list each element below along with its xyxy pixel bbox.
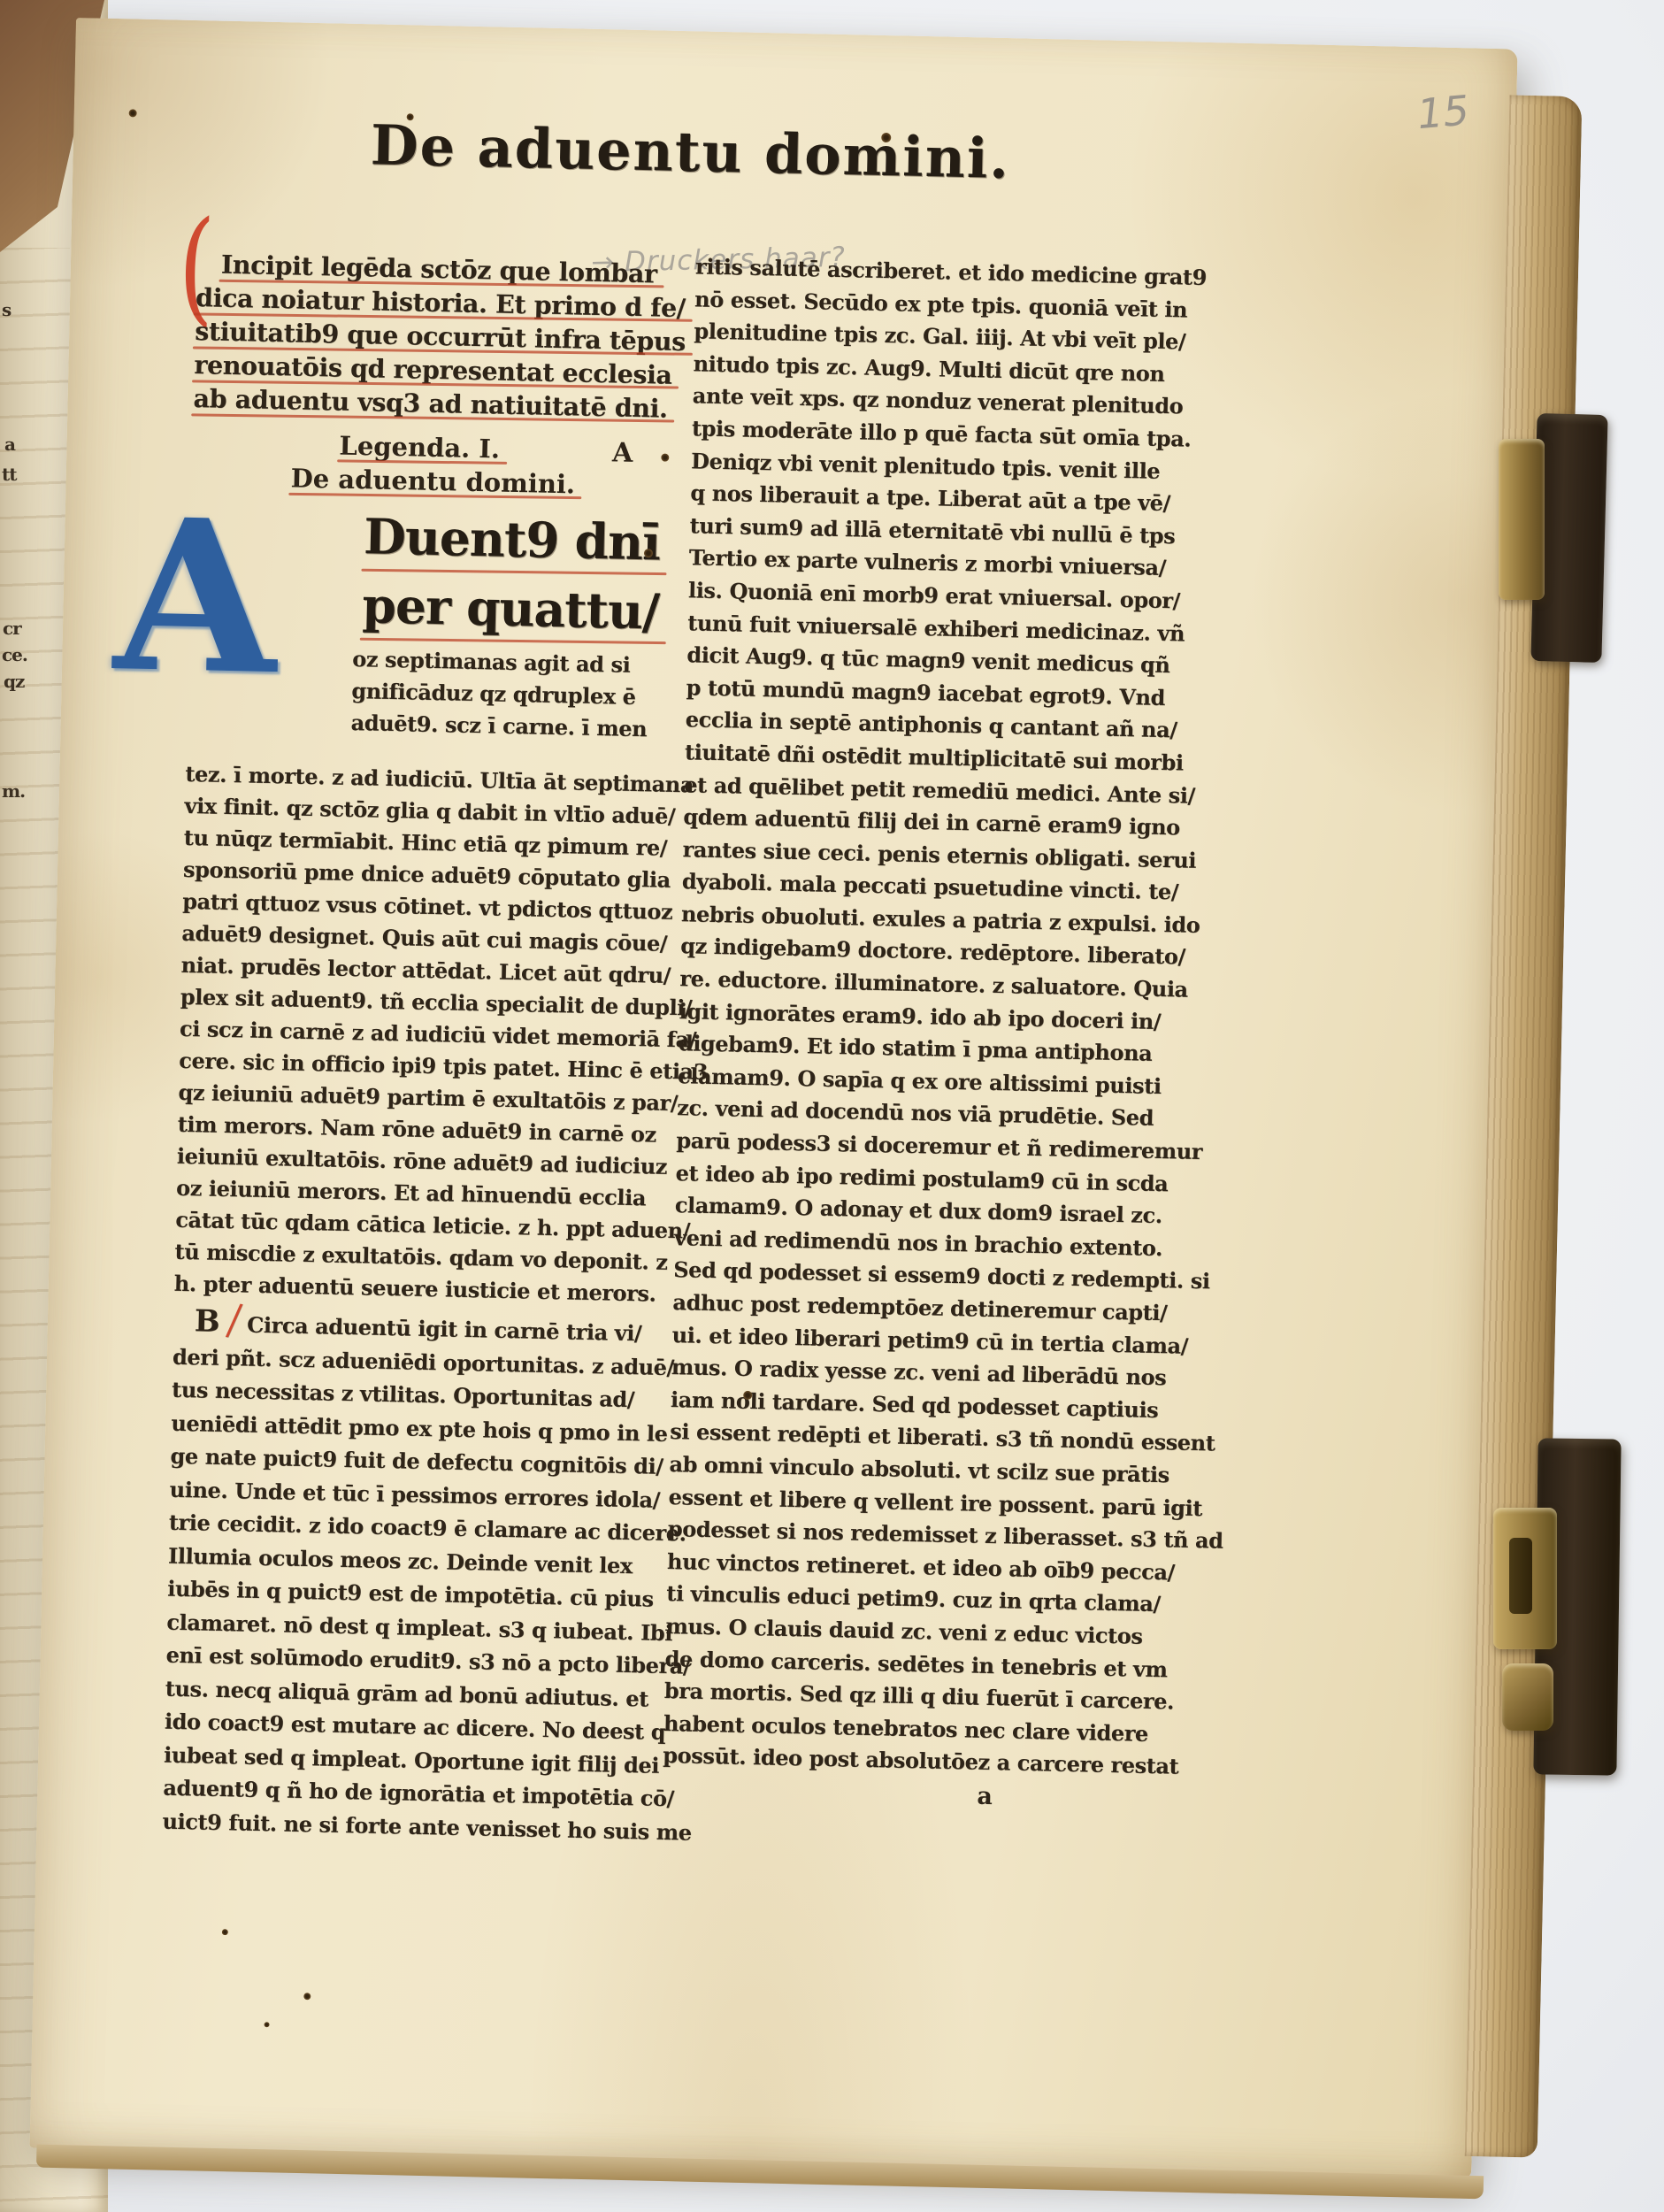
- brass-catch: [1499, 439, 1545, 600]
- illuminated-initial: A: [112, 484, 280, 709]
- photograph-of-incunabulum: sattcrce.qzm. 15 De aduentu domini. → Dr…: [0, 0, 1664, 2212]
- incipit-paragraph: ( Incipit legēda sctōz que lombardica no…: [193, 247, 658, 425]
- running-title: De aduentu domini.: [370, 112, 1011, 191]
- text-line: aduēt9. scz ī carne. ī men: [350, 707, 648, 745]
- stain-spot: [265, 2022, 270, 2027]
- brass-fitting: [1493, 1508, 1557, 1649]
- red-paraph-stroke: /: [226, 1301, 243, 1342]
- text-line: ce.: [2, 644, 27, 665]
- fore-edge: [1465, 95, 1583, 2157]
- clasp-slot: [1509, 1538, 1532, 1614]
- book-page: 15 De aduentu domini. → Druckers haar? (…: [29, 18, 1517, 2179]
- signature-mark: a: [977, 1783, 993, 1810]
- body-paragraph-2: B/Circa aduentū igit in carnē tria vi/ d…: [162, 1303, 635, 1847]
- incipit-lines: Incipit legēda sctōz que lombardica noia…: [193, 247, 658, 425]
- stain-spot: [303, 1993, 311, 2000]
- text-line: Duent9 dnī: [363, 502, 660, 577]
- body-paragraph-1: tez. ī morte. z ad iudiciū. Ultīa āt sep…: [173, 758, 647, 1310]
- clasp-top: [1499, 414, 1608, 665]
- text-line: a: [4, 434, 15, 455]
- wormhole: [661, 454, 669, 462]
- text-line: tt: [2, 464, 16, 485]
- text-line: m.: [2, 780, 25, 802]
- text-line: cr: [3, 618, 21, 639]
- clasp-bottom: [1493, 1439, 1621, 1778]
- text-line: per quattu/: [362, 571, 660, 646]
- paragraph-lines: deri pñt. scz adueniēdi oportunitas. z a…: [162, 1340, 634, 1847]
- page-bottom-edge: [36, 2145, 1484, 2200]
- folio-number: 15: [1415, 86, 1471, 138]
- wormhole: [129, 109, 137, 117]
- left-column: ( Incipit legēda sctōz que lombardica no…: [162, 247, 658, 1847]
- guide-letter: A: [612, 436, 633, 470]
- brass-knob: [1502, 1663, 1553, 1731]
- text-line: s: [2, 299, 11, 320]
- stain-spot: [222, 1929, 228, 1935]
- paragraph-lead-letter: B: [194, 1303, 219, 1340]
- chapter-title-text: De aduentu domini.: [290, 461, 575, 501]
- opening-section: A Duent9 dnīper quattu/ oz septimanas ag…: [186, 498, 653, 761]
- text-line: qz: [4, 671, 24, 692]
- right-column: ritis salutē ascriberet. et ido medicine…: [663, 250, 1192, 1783]
- chapter-number-text: Legenda. I.: [339, 429, 500, 466]
- paragraph-first-line-text: Circa aduentū igit in carnē tria vi/: [247, 1312, 642, 1347]
- indented-lines: oz septimanas agit ad significāduz qz qd…: [350, 643, 649, 745]
